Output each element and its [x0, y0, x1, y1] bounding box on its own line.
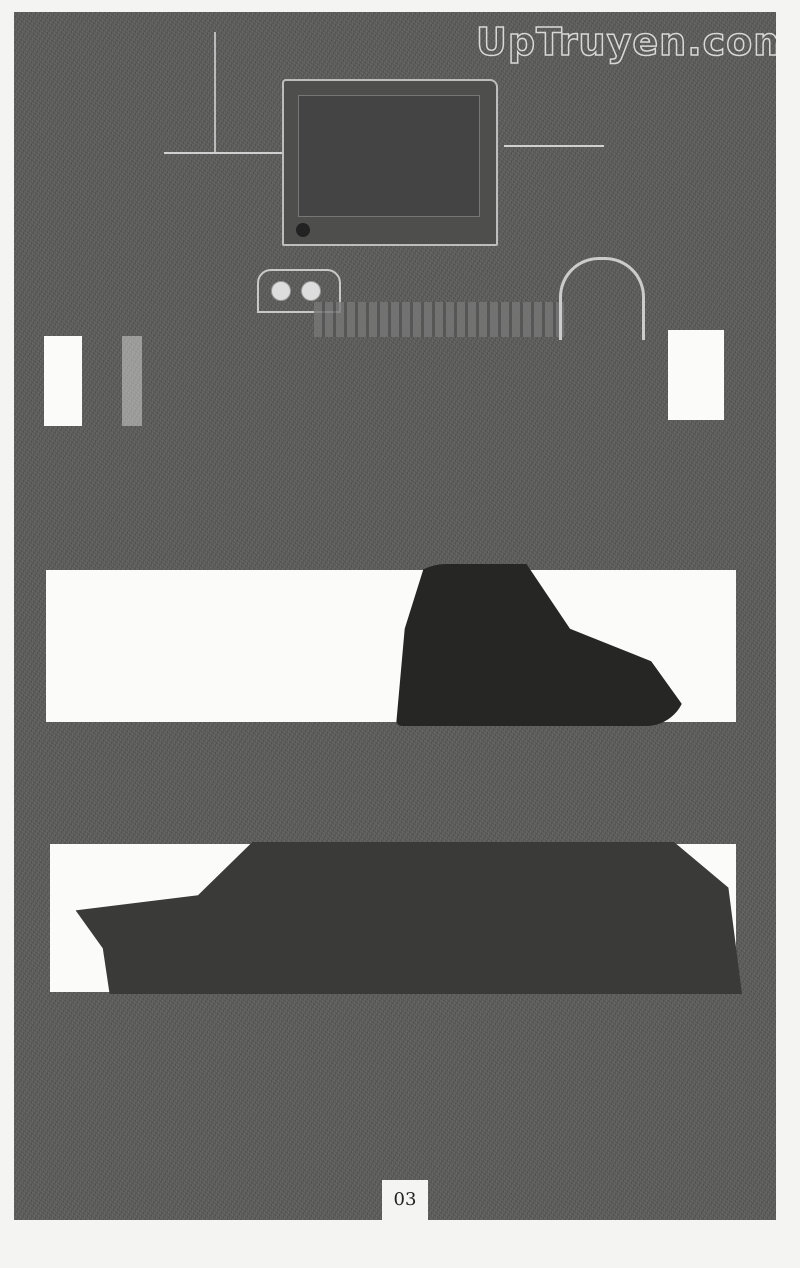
frame-line: [164, 152, 284, 154]
console-arch-illustration: [559, 257, 645, 340]
page-number: 03: [382, 1180, 428, 1220]
monitor-knob: [296, 223, 310, 237]
lamp-icon: [271, 281, 291, 301]
frame-line: [504, 145, 604, 147]
panel-gap-right: [668, 330, 724, 420]
panel-gap-left-inner: [122, 336, 142, 426]
watermark: UpTruyen.com: [476, 20, 776, 64]
manga-page: UpTruyen.com: [14, 12, 776, 1220]
monitor-screen: [298, 95, 480, 217]
lamp-icon: [301, 281, 321, 301]
monitor-illustration: [282, 79, 498, 246]
keyboard-illustration: [314, 302, 564, 337]
frame-line: [214, 32, 216, 152]
panel-gap-left: [44, 336, 82, 426]
